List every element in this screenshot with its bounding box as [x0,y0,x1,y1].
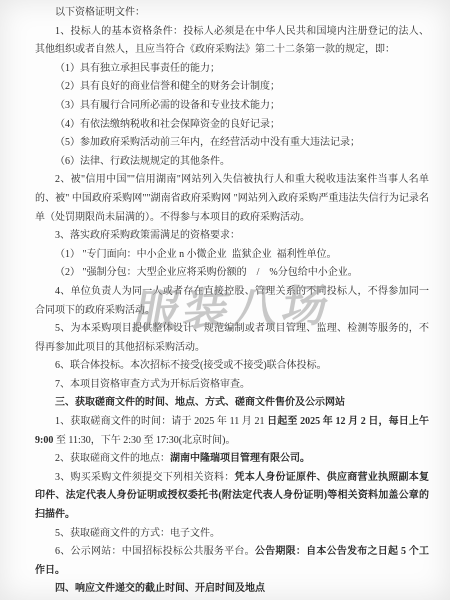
paragraph: （6）法律、行政法规规定的其他条件。 [35,153,429,172]
text-run: （3）具有履行合同所必需的设备和专业技术能力； [55,100,280,111]
paragraph: 3、购买采购文件须提交下列相关资料：凭本人身份证原件、供应商营业执照副本复印件、… [35,469,429,525]
paragraph: （4）有依法缴纳税收和社会保障资金的良好记录； [35,116,429,135]
document-body: 以下资格证明文件：1、投标人的基本资格条件：投标人必须是在中华人民共和国境内注册… [35,4,429,599]
text-run: 以下资格证明文件： [55,7,145,18]
text-run: 1、投标人的基本资格条件：投标人必须是在中华人民共和国境内注册登记的法人、其他组… [35,26,429,56]
paragraph: （1）具有独立承担民事责任的能力； [35,60,429,79]
text-run: （2） "强制分包：大型企业应将采购份额的 / %分包给中小企业。 [55,267,358,278]
text-run: 2、获取磋商文件的地点： [55,453,170,464]
text-run: （5）参加政府采购活动前三年内，在经营活动中没有重大违法记录； [55,137,360,148]
paragraph: （1） "专门面向：中小企业 n 小微企业 监狱企业 福利性单位。 [35,246,429,265]
paragraph: 2、获取磋商文件的地点：湖南中隆瑞项目管理有限公司。 [35,450,429,469]
paragraph: 四、响应文件递交的截止时间、开启时间及地点 [35,580,429,599]
text-run: （1）具有独立承担民事责任的能力； [55,63,220,74]
paragraph: 三、获取磋商文件的时间、地点、方式、磋商文件售价及公示网站 [35,394,429,413]
document-page: 以下资格证明文件：1、投标人的基本资格条件：投标人必须是在中华人民共和国境内注册… [0,0,450,600]
paragraph: 7、本项目资格审查方式为开标后资格审查。 [35,376,429,395]
text-run: 7、本项目资格审查方式为开标后资格审查。 [55,379,250,390]
paragraph: 6、联合体投标。本次招标不接受(接受或不接受)联合体投标。 [35,357,429,376]
text-run: （4）有依法缴纳税收和社会保障资金的良好记录； [55,119,280,130]
text-run: 4、单位负责人为同一人或者存在直接控股、管理关系的不同投标人，不得参加同一合同项… [35,286,429,316]
text-run: （1） "专门面向：中小企业 n 小微企业 监狱企业 福利性单位。 [55,249,337,260]
text-run: 至 11:30，下午 2:30 至 17:30(北京时间)。 [56,435,236,446]
text-run: 6、联合体投标。本次招标不接受(接受或不接受)联合体投标。 [55,360,327,371]
paragraph: （3）具有履行合同所必需的设备和专业技术能力； [35,97,429,116]
paragraph: 6、公示网站：中国招标投标公共服务平台。公告期限：自本公告发布之日起 5 个工作… [35,543,429,580]
text-run: 6、公示网站：中国招标投标公共服务平台。 [55,546,255,557]
paragraph: （2） "强制分包：大型企业应将采购份额的 / %分包给中小企业。 [35,264,429,283]
text-run: 三、获取磋商文件的时间、地点、方式、磋商文件售价及公示网站 [55,397,345,408]
text-run: （2）具有良好的商业信誉和健全的财务会计制度； [55,81,280,92]
text-run: 2、被"信用中国""信用湖南"网站列入失信被执行人和重大税收违法案件当事人名单的… [35,174,429,222]
paragraph: 1、获取磋商文件的时间：请于 2025 年 11 月 21 日起至 2025 年… [35,413,429,450]
paragraph: 2、被"信用中国""信用湖南"网站列入失信被执行人和重大税收违法案件当事人名单的… [35,171,429,227]
paragraph: 4、单位负责人为同一人或者存在直接控股、管理关系的不同投标人，不得参加同一合同项… [35,283,429,320]
paragraph: 5、为本采购项目提供整体设计、规范编制或者项目管理、监理、检测等服务的，不得再参… [35,320,429,357]
text-run: 湖南中隆瑞项目管理有限公司。 [170,453,310,464]
text-run: 5、为本采购项目提供整体设计、规范编制或者项目管理、监理、检测等服务的，不得再参… [35,323,429,353]
text-run: 3、落实政府采购政策需满足的资格要求： [55,230,240,241]
text-run: 1、获取磋商文件的时间：请于 2025 年 11 月 21 [55,416,267,427]
text-run: （6）法律、行政法规规定的其他条件。 [55,156,230,167]
paragraph: （2）具有良好的商业信誉和健全的财务会计制度； [35,78,429,97]
text-run: 四、响应文件递交的截止时间、开启时间及地点 [55,583,265,594]
paragraph: 3、落实政府采购政策需满足的资格要求： [35,227,429,246]
paragraph: 以下资格证明文件： [35,4,429,23]
paragraph: （5）参加政府采购活动前三年内，在经营活动中没有重大违法记录； [35,134,429,153]
text-run: 3、购买采购文件须提交下列相关资料： [55,472,235,483]
paragraph: 5、获取磋商文件的方式：电子文件。 [35,525,429,544]
paragraph: 1、投标人的基本资格条件：投标人必须是在中华人民共和国境内注册登记的法人、其他组… [35,23,429,60]
text-run: 5、获取磋商文件的方式：电子文件。 [55,528,220,539]
